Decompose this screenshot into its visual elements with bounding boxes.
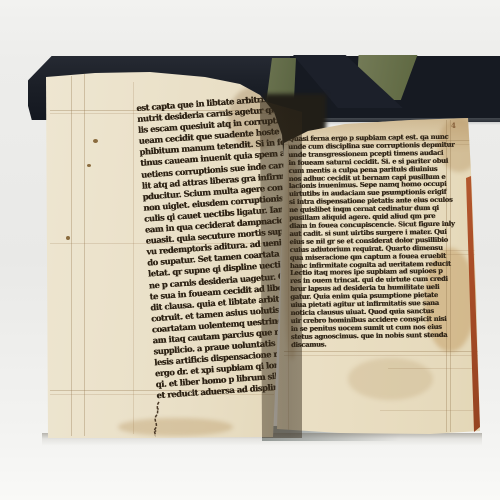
- ruling-line: [84, 74, 85, 436]
- ruling-line: [284, 355, 478, 356]
- ruling-line: [71, 76, 72, 436]
- stain: [66, 236, 70, 240]
- stain: [87, 164, 91, 167]
- ruling-line: [380, 410, 478, 411]
- ruling-line: [133, 82, 134, 434]
- margin-pen-mark: [149, 401, 167, 437]
- stain: [93, 139, 98, 143]
- folio-mark: 4: [451, 121, 456, 130]
- manuscript-text-line: discamus.: [291, 339, 463, 349]
- stain: [118, 418, 233, 436]
- stain: [348, 358, 433, 400]
- ruling-line: [284, 351, 478, 352]
- manuscript-photograph: est capta que in libtate arbitrii condit…: [0, 0, 500, 500]
- ruling-line: [388, 368, 476, 369]
- right-page-text: Quasi ferna ergo p supbiam capt est. qa …: [288, 134, 463, 350]
